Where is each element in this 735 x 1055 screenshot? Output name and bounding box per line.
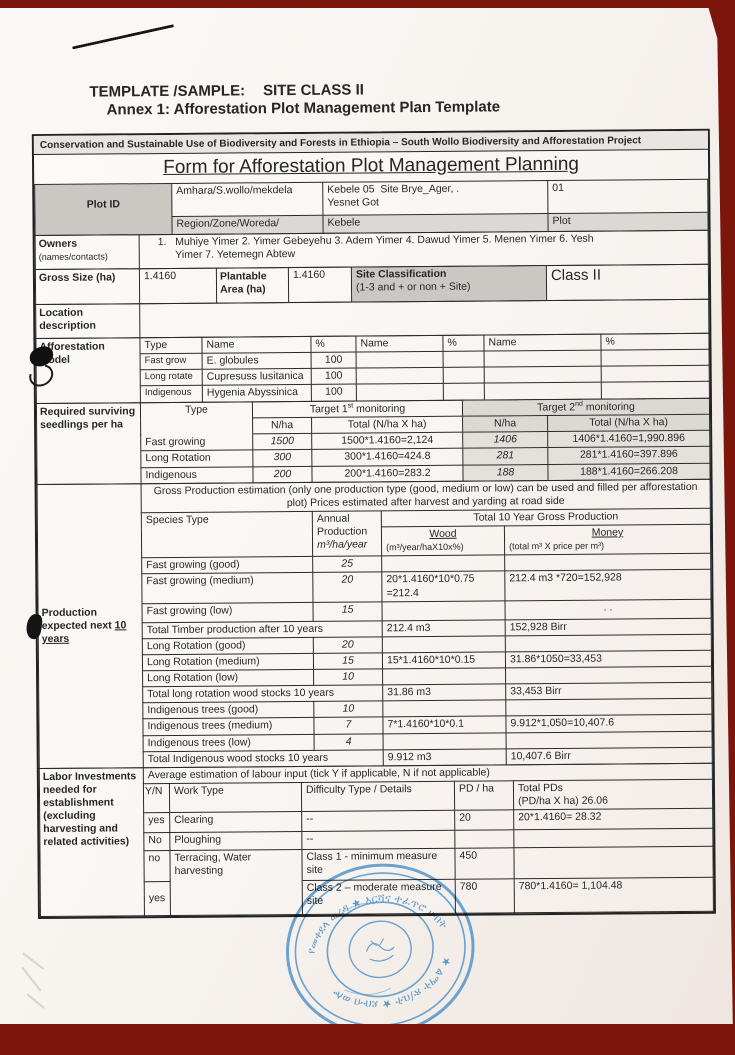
- species-header: Species Type: [141, 511, 312, 558]
- plantable-area-label: Plantable Area (ha): [216, 268, 288, 304]
- species-cell: Long Rotation (medium): [142, 653, 313, 670]
- target2-header: Target 2nd monitoring: [462, 398, 709, 417]
- annual-cell: 25: [313, 556, 382, 573]
- model-row-name: Cupresuss lusitanica: [202, 369, 311, 386]
- money-cell: [506, 731, 712, 749]
- scanned-paper: TEMPLATE /SAMPLE:SITE CLASS II Annex 1: …: [0, 8, 735, 1024]
- kebele-value: Kebele 05 Site Brye_Ager, . Yesnet Got: [323, 181, 548, 216]
- model-row-pct: 100: [311, 384, 356, 400]
- empty-cell: [356, 368, 443, 385]
- empty-cell: [356, 351, 443, 368]
- money-cell: [506, 698, 712, 716]
- nha-header-1: N/ha: [253, 418, 312, 435]
- species-cell: Indigenous trees (good): [143, 702, 314, 719]
- empty-cell: [601, 382, 709, 399]
- model-name-header-2: Name: [356, 335, 443, 352]
- empty-cell: [443, 351, 484, 367]
- plot-id-table: Plot ID Amhara/S.wollo/mekdela Kebele 05…: [34, 179, 708, 236]
- owners-value: 1. Muhiye Yimer 2. Yimer Gebeyehu 3. Ade…: [139, 230, 708, 268]
- model-row-pct: 100: [311, 352, 356, 368]
- plot-number-value: 01: [548, 179, 708, 213]
- wood-total-cell: 212.4 m3: [382, 619, 505, 636]
- wood-cell: [383, 700, 506, 717]
- plot-id-label: Plot ID: [35, 183, 172, 235]
- template-line: TEMPLATE /SAMPLE:SITE CLASS II: [89, 80, 500, 100]
- difficulty-cell: --: [302, 810, 455, 831]
- production-table: Production expected next 10 years Gross …: [37, 478, 713, 768]
- annual-cell: 7: [314, 717, 383, 734]
- wood-cell: [382, 555, 505, 572]
- annual-cell: 15: [313, 601, 382, 621]
- yn-cell: yes: [144, 813, 170, 833]
- region-label: Region/Zone/Woreda/: [172, 215, 323, 234]
- money-cell: [505, 553, 711, 571]
- template-label: TEMPLATE /SAMPLE:: [89, 82, 245, 100]
- total-cell: [514, 828, 713, 848]
- total-cell: 20*1.4160= 28.32: [514, 808, 713, 830]
- empty-cell: [484, 382, 601, 399]
- empty-cell: [443, 383, 484, 399]
- yn-cell: yes: [144, 882, 170, 916]
- site-classification-value: Class II: [546, 264, 708, 300]
- scan-tilt-wrapper: TEMPLATE /SAMPLE:SITE CLASS II Annex 1: …: [0, 3, 735, 1024]
- seedlings-t1: 200*1.4160=283.2: [312, 465, 463, 482]
- wood-header: Wood(m³/year/haX10x%): [381, 526, 504, 556]
- species-cell: Indigenous trees (low): [143, 734, 314, 751]
- site-classification-label: Site Classification(1-3 and + or non + S…: [351, 266, 546, 303]
- money-total-cell: 152,928 Birr: [505, 618, 711, 636]
- money-cell: 9.912*1,050=10,407.6: [506, 715, 712, 733]
- labor-label: Labor Investments needed for establishme…: [39, 767, 144, 916]
- pd-cell: [455, 830, 514, 848]
- region-value: Amhara/S.wollo/mekdela: [172, 182, 323, 216]
- work-type-header: Work Type: [169, 782, 301, 812]
- pen-check-mark: [72, 24, 174, 49]
- pencil-smudge: [14, 956, 67, 1020]
- document-header: TEMPLATE /SAMPLE:SITE CLASS II Annex 1: …: [89, 80, 500, 118]
- seedlings-type: Fast growing: [141, 434, 253, 451]
- seedlings-n2: 281: [463, 448, 548, 465]
- annex-line: Annex 1: Afforestation Plot Management P…: [107, 98, 501, 118]
- template-value: SITE CLASS II: [263, 81, 364, 99]
- seedlings-type: Indigenous: [141, 466, 253, 483]
- nha-header-2: N/ha: [463, 416, 548, 433]
- annual-cell: 4: [314, 733, 383, 750]
- seedlings-t1: 300*1.4160=424.8: [312, 449, 463, 466]
- annual-cell: 15: [313, 653, 382, 670]
- location-value: [140, 299, 709, 337]
- model-row-type: Indigenous: [140, 386, 202, 403]
- wood-cell: 15*1.4160*10*0.15: [382, 652, 505, 669]
- model-pct-header-2: %: [443, 335, 484, 351]
- annual-cell: 20: [313, 572, 382, 602]
- seedlings-n1: 200: [253, 466, 312, 483]
- model-pct-header-3: %: [601, 333, 709, 350]
- model-row-name: Hygenia Abyssinica: [202, 385, 311, 402]
- wood-cell: [382, 600, 505, 620]
- seedlings-t2: 1406*1.4160=1,990.896: [548, 430, 710, 447]
- wood-cell: [382, 636, 505, 653]
- wood-cell: [383, 732, 506, 749]
- target1-header: Target 1st monitoring: [252, 400, 462, 418]
- empty-cell: [601, 366, 709, 383]
- money-total-cell: 33,453 Birr: [506, 682, 712, 700]
- species-cell: Indigenous trees (medium): [143, 718, 314, 735]
- model-row-type: Long rotate: [140, 369, 202, 386]
- money-cell: [505, 634, 711, 652]
- seedlings-table: Required surviving seedlings per ha Type…: [36, 397, 711, 484]
- empty-cell: [356, 384, 443, 401]
- total-header-2: Total (N/ha X ha): [548, 414, 710, 431]
- wood-cell: [383, 668, 506, 685]
- yn-header: Y/N: [143, 783, 169, 812]
- model-name-header-1: Name: [202, 336, 311, 353]
- seedlings-t2: 188*1.4160=266.208: [548, 463, 710, 480]
- total-label-cell: Total long rotation wood stocks 10 years: [143, 685, 383, 703]
- annual-header: Annual Productionm³/ha/year: [312, 511, 381, 557]
- afforestation-model-table: Afforestation Model Type Name % Name % N…: [35, 333, 709, 404]
- wood-total-cell: 9.912 m3: [383, 748, 506, 765]
- yn-cell: no: [144, 851, 170, 882]
- annual-cell: 10: [314, 669, 383, 686]
- total-label-cell: Total Timber production after 10 years: [142, 620, 382, 638]
- work-cell: Clearing: [170, 812, 302, 833]
- plantable-area-value: 1.4160: [288, 267, 351, 302]
- seedlings-type-header: Type: [140, 401, 252, 435]
- species-cell: Long Rotation (good): [142, 637, 313, 654]
- species-cell: Fast growing (low): [142, 602, 313, 622]
- model-row-pct: 100: [311, 368, 356, 384]
- empty-cell: [443, 367, 484, 383]
- pd-header: PD / ha: [454, 781, 513, 811]
- wood-cell: 20*1.4160*10*0.75 =212.4: [382, 571, 505, 601]
- difficulty-cell: --: [302, 830, 455, 849]
- wood-total-cell: 31.86 m3: [383, 684, 506, 701]
- seedlings-label: Required surviving seedlings per ha: [36, 402, 141, 484]
- yn-cell: No: [144, 833, 170, 851]
- work-cell: Ploughing: [170, 832, 302, 851]
- model-name-header-3: Name: [484, 334, 601, 351]
- total-cell: [514, 846, 713, 879]
- annual-cell: 10: [314, 701, 383, 718]
- seedlings-n2: 188: [463, 464, 548, 481]
- annual-cell: 20: [313, 637, 382, 654]
- empty-cell: [601, 349, 709, 366]
- location-label: Location description: [36, 304, 140, 339]
- money-header: Money(total m³ X price per m³): [504, 524, 710, 555]
- total-pds-header: Total PDs(PD/ha X ha) 26.06: [513, 779, 712, 810]
- owners-sublabel: (names/contacts): [39, 252, 108, 263]
- gross-size-label: Gross Size (ha): [35, 269, 139, 305]
- gross-size-value: 1.4160: [139, 268, 216, 304]
- total-header-1: Total (N/ha X ha): [312, 416, 463, 433]
- seedlings-n2: 1406: [463, 432, 548, 449]
- owners-label: Owners(names/contacts): [35, 235, 139, 270]
- seedlings-n1: 300: [253, 450, 312, 467]
- seedlings-t2: 281*1.4160=397.896: [548, 447, 710, 464]
- seedlings-type: Long Rotation: [141, 450, 253, 467]
- afforestation-form: Conservation and Sustainable Use of Biod…: [32, 129, 716, 919]
- species-cell: Long Rotation (low): [143, 669, 314, 686]
- plot-label: Plot: [548, 212, 708, 231]
- seedlings-t1: 1500*1.4160=2,124: [312, 432, 463, 449]
- total-cell: 780*1.4160= 1,104.48: [514, 877, 713, 913]
- money-cell: [506, 666, 712, 684]
- model-row-type: Fast grow: [140, 353, 202, 370]
- model-type-header: Type: [140, 337, 202, 354]
- seedlings-n1: 1500: [253, 434, 312, 451]
- production-label: Production expected next 10 years: [37, 483, 143, 768]
- empty-cell: [484, 366, 601, 383]
- empty-cell: [484, 350, 601, 367]
- stamp-ring-text-top: የመቀደላ ወረዳ ★ እርሻና ተፈጥሮ ሀብት: [297, 881, 453, 958]
- difficulty-header: Difficulty Type / Details: [301, 781, 454, 811]
- model-pct-header-1: %: [311, 336, 356, 352]
- scan-artifact: . .: [505, 599, 711, 620]
- pd-cell: 20: [455, 810, 514, 830]
- official-stamp: የመቀደላ ወረዳ ★ እርሻና ተፈጥሮ ሀብት ★ ልማት ጽ/ቤት ★ ደ…: [269, 846, 491, 1024]
- species-cell: Fast growing (medium): [142, 573, 313, 604]
- production-caption: Gross Production estimation (only one pr…: [141, 479, 710, 513]
- money-cell: 31.86*1050=33,453: [505, 650, 711, 668]
- model-row-name: E. globules: [202, 353, 311, 370]
- money-cell: 212.4 m3 *720=152,928: [505, 570, 711, 601]
- wood-cell: 7*1.4160*10*0.1: [383, 716, 506, 733]
- species-cell: Fast growing (good): [142, 557, 313, 574]
